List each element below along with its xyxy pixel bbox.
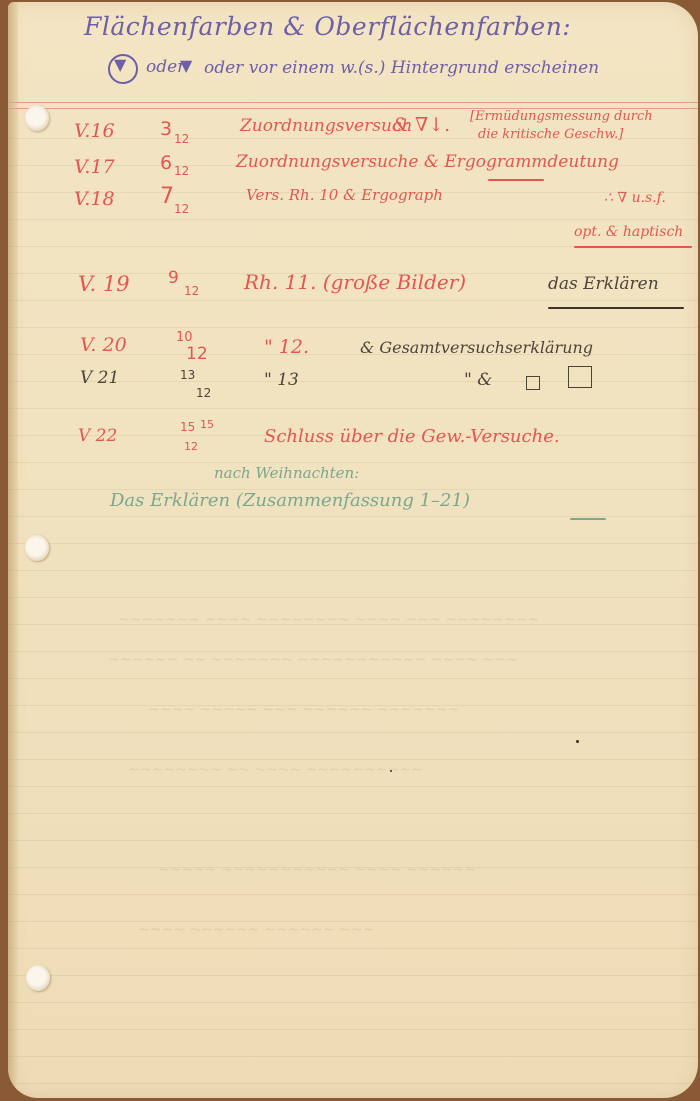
entry-id: V. 20	[80, 334, 127, 356]
bleed-through-text: ~~~~ ~~~~~ ~~~ ~~~~~~ ~~~~~~~	[148, 702, 459, 718]
ink-dot	[390, 770, 392, 772]
entry-text: Vers. Rh. 10 & Ergograph	[246, 186, 443, 204]
entry-date: 9 12	[168, 268, 202, 302]
bracket-note: [Ermüdungsmessung durch	[470, 110, 653, 124]
underline	[574, 246, 692, 248]
entry-date: 10 12	[176, 330, 210, 364]
entry-date: 7 12	[160, 184, 190, 218]
bleed-through-text: ~~~~~~~~ ~~ ~~~~ ~~~~~~~~~~	[128, 762, 423, 778]
bracket-note: die kritische Geschw.]	[478, 128, 623, 142]
entry-text: Zuordnungsversuch	[240, 116, 412, 136]
side-note: opt. & haptisch	[574, 224, 683, 240]
ditto-mark: " &	[464, 370, 492, 390]
punch-hole	[25, 535, 49, 561]
underline	[548, 307, 684, 309]
entry-text: Rh. 11. (große Bilder)	[244, 270, 466, 294]
underline	[570, 518, 606, 520]
triangle-symbol-icon: ▼	[114, 55, 126, 74]
entry-id: V. 19	[78, 272, 130, 296]
entry-id: V.17	[74, 156, 115, 178]
notebook-page: ~~~~~~~ ~~~~ ~~~~~~~~ ~~~~ ~~~ ~~~~~~~~ …	[8, 2, 698, 1098]
bleed-through-text: ~~~~ ~~~~~~ ~~~~~~ ~~~	[138, 922, 374, 938]
underline	[488, 179, 544, 181]
entry-text: " 13	[264, 370, 299, 390]
entry-id: V.18	[74, 188, 115, 210]
red-margin-rule	[8, 102, 698, 109]
page-title: Flächenfarben & Oberflächenfarben:	[84, 12, 571, 41]
punch-hole	[25, 105, 49, 131]
entry-id: V 21	[80, 368, 119, 388]
bleed-through-text: ~~~~~~~ ~~~~ ~~~~~~~~ ~~~~ ~~~ ~~~~~~~~	[118, 612, 539, 628]
bleed-through-text: ~~~~~ ~~~~~~~~~~~ ~~~~ ~~~~~~	[158, 862, 476, 878]
side-note: das Erklären	[548, 274, 659, 294]
circled-symbol: ▼	[108, 54, 138, 84]
or-label: oder	[146, 57, 185, 77]
entry-date: 15 12 15	[180, 420, 220, 456]
entry-date: 6 12	[160, 152, 190, 182]
entry-text: " 12.	[264, 336, 309, 358]
large-cube-icon	[568, 366, 592, 388]
entry-date: 13 12	[180, 368, 214, 404]
entry-id: V.16	[74, 120, 115, 142]
side-note: ∴ ∇ u.s.f.	[604, 190, 666, 206]
entry-symbol: & ∇↓.	[392, 114, 450, 136]
small-cube-icon	[526, 376, 540, 390]
entry-text: Zuordnungsversuche & Ergogrammdeutung	[236, 152, 619, 172]
ruled-lines	[8, 112, 698, 1098]
entry-date: 3 12	[160, 118, 190, 148]
footer-note-text: Das Erklären (Zusammenfassung 1–21)	[110, 490, 470, 511]
entry-continuation: & Gesamtversuchserklärung	[360, 338, 593, 357]
ink-dot	[576, 740, 579, 743]
entry-id: V 22	[78, 426, 117, 446]
footer-note-heading: nach Weihnachten:	[214, 464, 359, 482]
bleed-through-text: ~~~~~~ ~~ ~~~~~~~ ~~~~~~~~~~~ ~~~~ ~~~	[108, 652, 517, 668]
page-subtitle: oder vor einem w.(s.) Hintergrund ersche…	[204, 58, 599, 78]
punch-hole	[26, 965, 50, 991]
entry-text: Schluss über die Gew.-Versuche.	[264, 426, 560, 447]
